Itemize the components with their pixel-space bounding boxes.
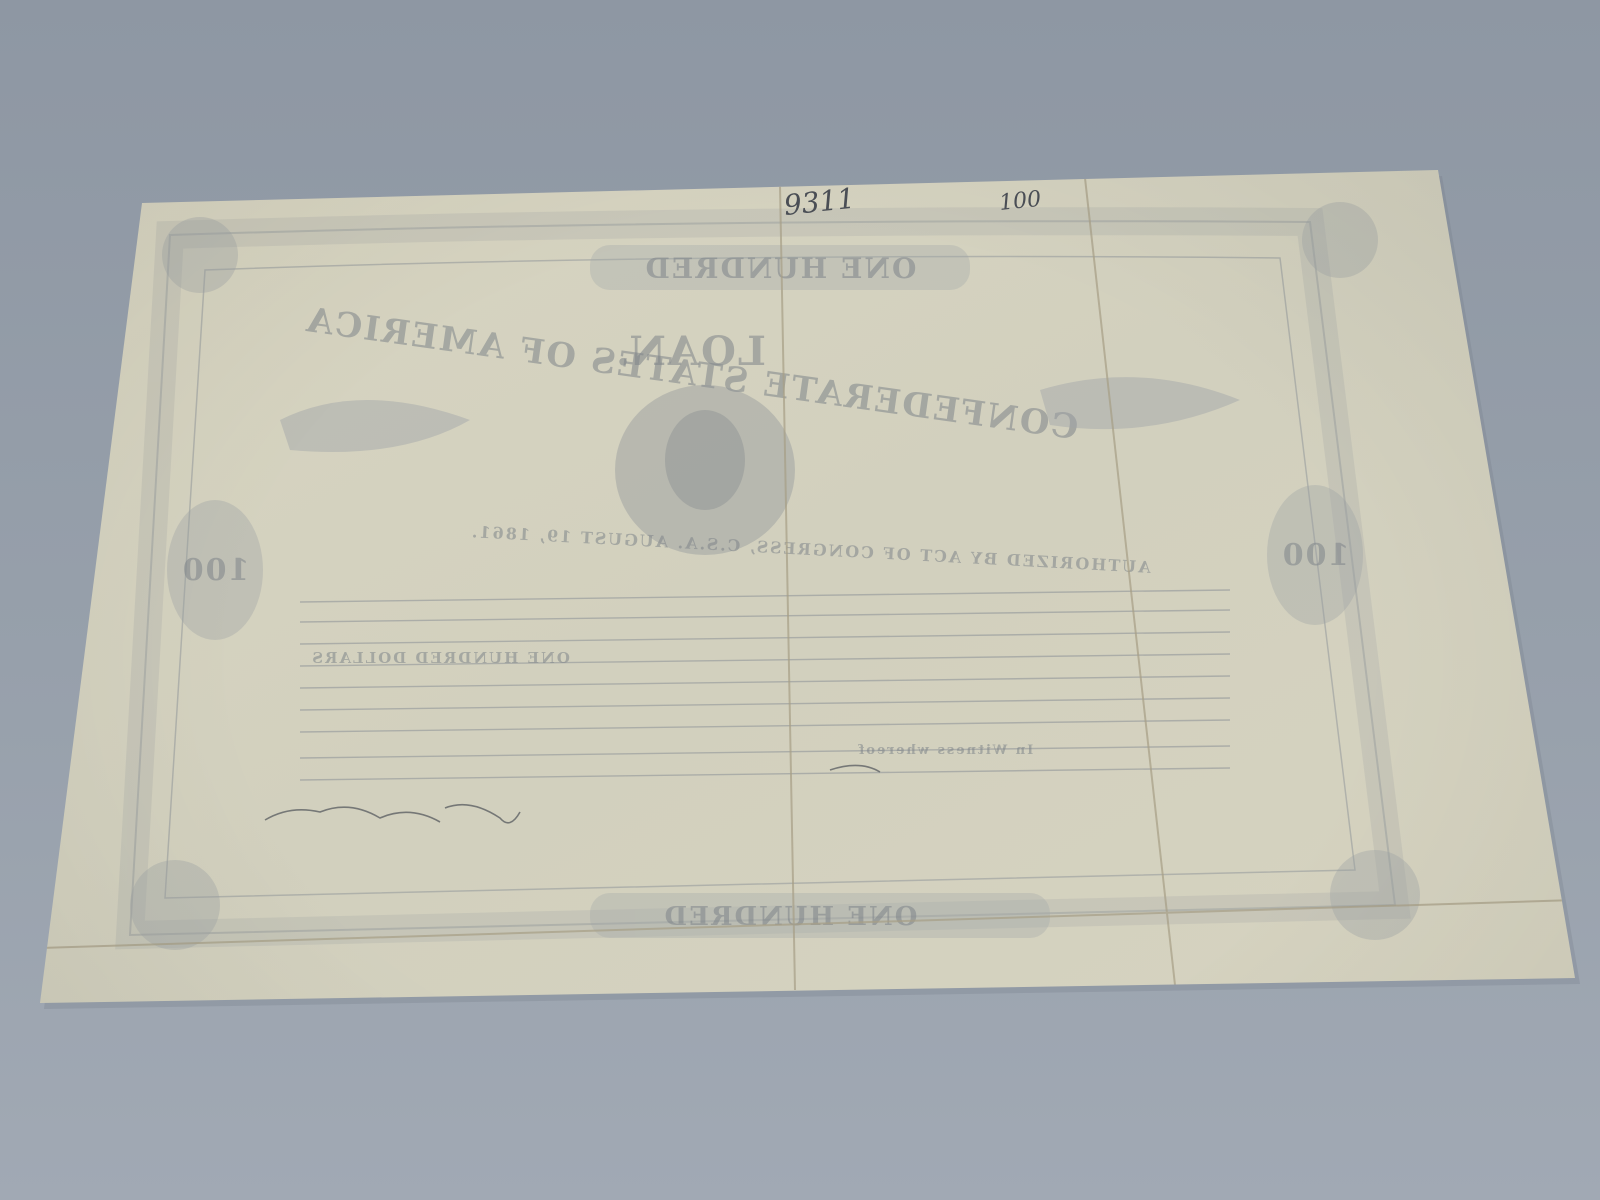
bond-photo: 100 100 ONE HUNDRED CONFEDERATE STATES O… [0,0,1600,1200]
photo-scene: 100 100 ONE HUNDRED CONFEDERATE STATES O… [0,0,1600,1200]
handwritten-denomination: 100 [998,187,1042,216]
